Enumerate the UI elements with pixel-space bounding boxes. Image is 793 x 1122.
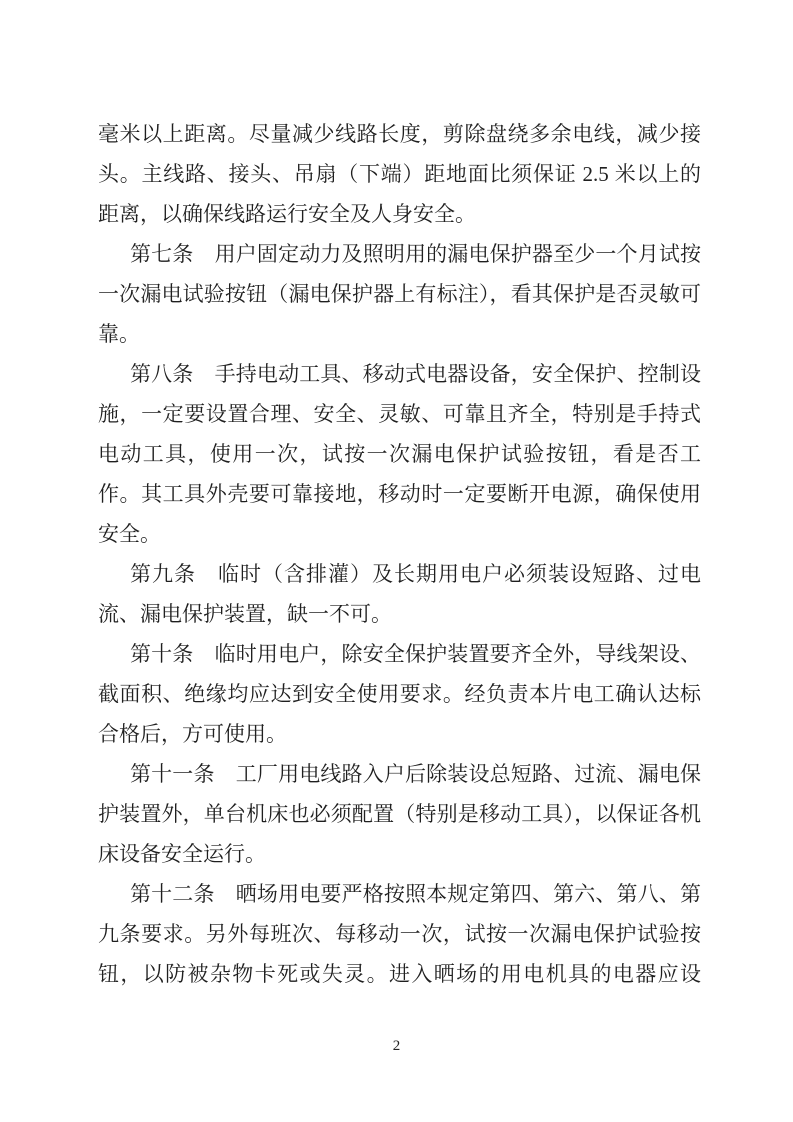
paragraph-article-12: 第十二条 晒场用电要严格按照本规定第四、第六、第八、第九条要求。另外每班次、每移… [98, 874, 701, 994]
document-body: 毫米以上距离。尽量减少线路长度，剪除盘绕多余电线，减少接头。主线路、接头、吊扇（… [98, 114, 701, 994]
paragraph-article-9: 第九条 临时（含排灌）及长期用电户必须装设短路、过电流、漏电保护装置，缺一不可。 [98, 554, 701, 634]
paragraph-article-7: 第七条 用户固定动力及照明用的漏电保护器至少一个月试按一次漏电试验按钮（漏电保护… [98, 234, 701, 354]
paragraph-article-11: 第十一条 工厂用电线路入户后除装设总短路、过流、漏电保护装置外，单台机床也必须配… [98, 754, 701, 874]
paragraph-continuation: 毫米以上距离。尽量减少线路长度，剪除盘绕多余电线，减少接头。主线路、接头、吊扇（… [98, 114, 701, 234]
paragraph-article-8: 第八条 手持电动工具、移动式电器设备，安全保护、控制设施，一定要设置合理、安全、… [98, 354, 701, 554]
page-number: 2 [0, 1036, 793, 1056]
document-page: 毫米以上距离。尽量减少线路长度，剪除盘绕多余电线，减少接头。主线路、接头、吊扇（… [0, 0, 793, 1122]
paragraph-article-10: 第十条 临时用电户，除安全保护装置要齐全外，导线架设、截面积、绝缘均应达到安全使… [98, 634, 701, 754]
